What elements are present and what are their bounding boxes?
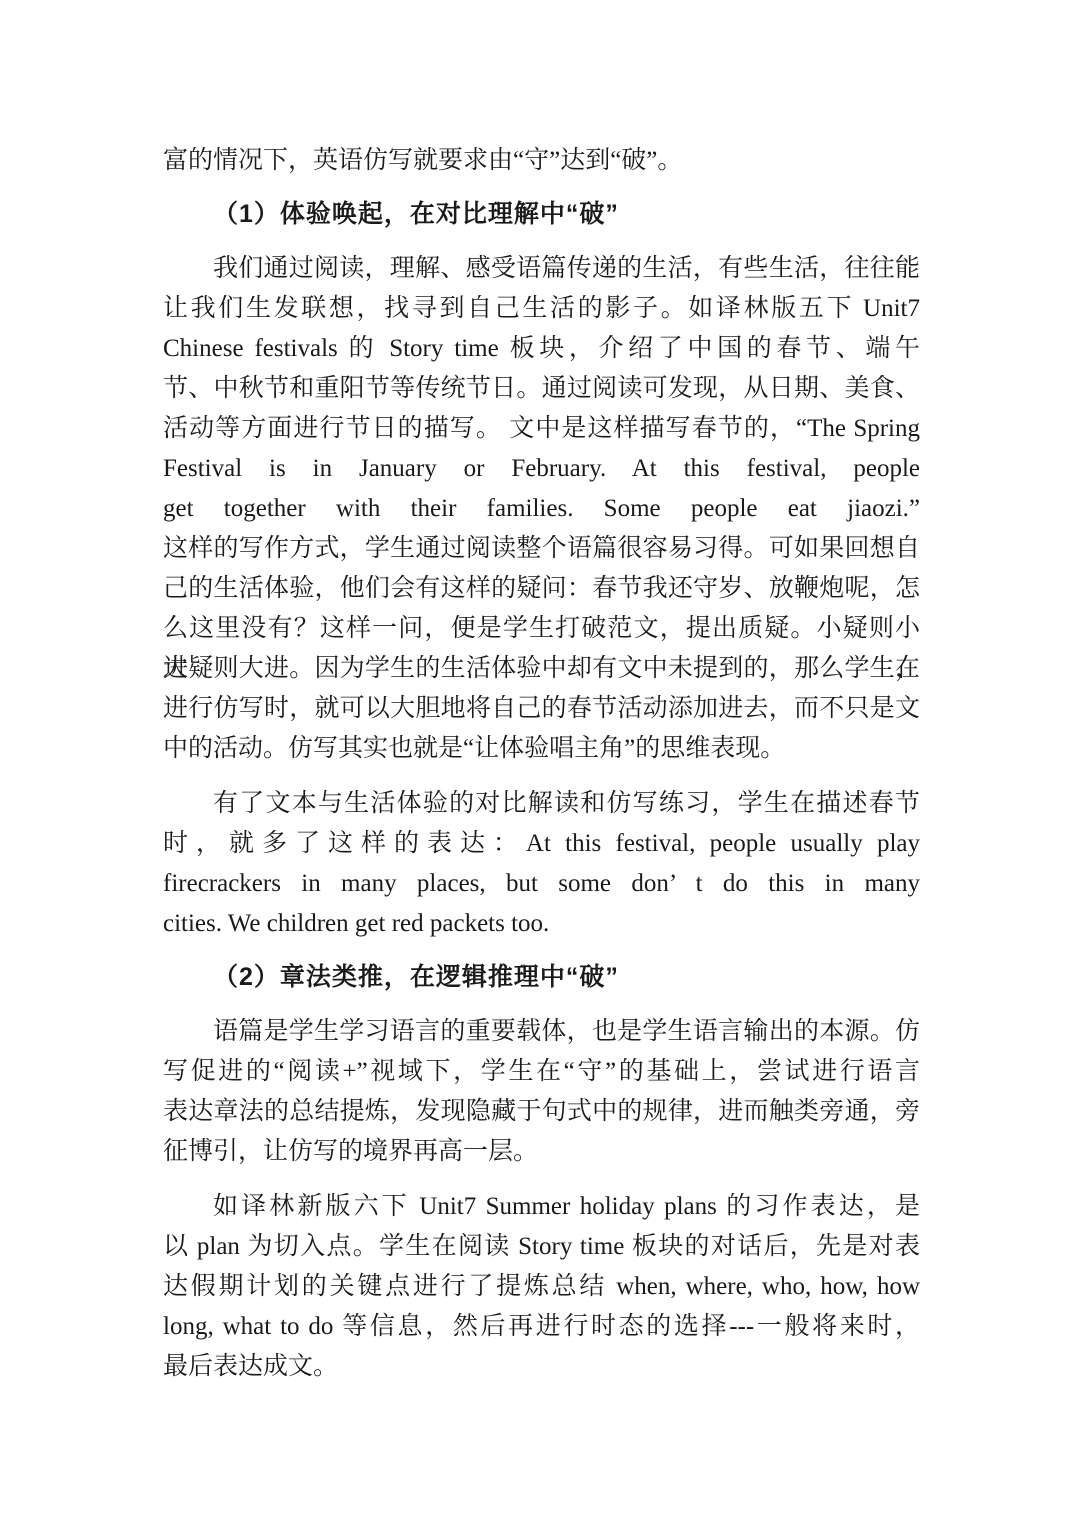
text-line: 己的生活体验，他们会有这样的疑问：春节我还守岁、放鞭炮呢，怎 [163,569,920,609]
text-line: 进行仿写时，就可以大胆地将自己的春节活动添加进去，而不只是文 [163,689,920,729]
paragraph-4: 如译林新版六下 Unit7 Summer holiday plans 的习作表达… [163,1187,920,1387]
paragraph-3: 语篇是学生学习语言的重要载体，也是学生语言输出的本源。仿写促进的“阅读+”视域下… [163,1012,920,1172]
text-line: 如译林新版六下 Unit7 Summer holiday plans 的习作表达… [163,1187,920,1227]
text-line: 中的活动。仿写其实也就是“让体验唱主角”的思维表现。 [163,729,920,769]
text-line: long, what to do 等信息，然后再进行时态的选择---一般将来时， [163,1307,920,1347]
paragraph-2: 有了文本与生活体验的对比解读和仿写练习，学生在描述春节时，就多了这样的表达：At… [163,784,920,944]
section-heading-2: （2）章法类推，在逻辑推理中“破” [163,957,920,997]
section-heading-1: （1）体验唤起，在对比理解中“破” [163,194,920,234]
text-line: firecrackers in many places, but some do… [163,864,920,904]
text-line: 以 plan 为切入点。学生在阅读 Story time 板块的对话后，先是对表 [163,1227,920,1267]
text-line: get together with their families. Some p… [163,489,920,529]
text-line: 么这里没有？这样一问，便是学生打破范文，提出质疑。小疑则小进， [163,609,920,649]
text-line: 让我们生发联想，找寻到自己生活的影子。如译林版五下 Unit7 [163,289,920,329]
text-line: 语篇是学生学习语言的重要载体，也是学生语言输出的本源。仿 [163,1012,920,1052]
text-line: 大疑则大进。因为学生的生活体验中却有文中未提到的，那么学生在 [163,649,920,689]
document-page: 富的情况下，英语仿写就要求由“守”达到“破”。（1）体验唤起，在对比理解中“破”… [0,0,1080,1527]
text-line: 达假期计划的关键点进行了提炼总结 when, where, who, how, … [163,1267,920,1307]
text-line: Chinese festivals 的 Story time 板块，介绍了中国的… [163,329,920,369]
text-line: 我们通过阅读，理解、感受语篇传递的生活，有些生活，往往能 [163,249,920,289]
continuation-line: 富的情况下，英语仿写就要求由“守”达到“破”。 [163,141,920,181]
text-line: 时，就多了这样的表达：At this festival, people usua… [163,824,920,864]
text-line: cities. We children get red packets too. [163,904,920,944]
text-line: 有了文本与生活体验的对比解读和仿写练习，学生在描述春节 [163,784,920,824]
text-line: 最后表达成文。 [163,1347,920,1387]
text-line: Festival is in January or February. At t… [163,449,920,489]
text-line: 节、中秋节和重阳节等传统节日。通过阅读可发现，从日期、美食、 [163,369,920,409]
paragraph-1: 我们通过阅读，理解、感受语篇传递的生活，有些生活，往往能让我们生发联想，找寻到自… [163,249,920,769]
text-line: 活动等方面进行节日的描写。 文中是这样描写春节的，“The Spring [163,409,920,449]
text-line: 表达章法的总结提炼，发现隐藏于句式中的规律，进而触类旁通，旁 [163,1092,920,1132]
text-line: 写促进的“阅读+”视域下，学生在“守”的基础上，尝试进行语言 [163,1052,920,1092]
text-line: 这样的写作方式，学生通过阅读整个语篇很容易习得。可如果回想自 [163,529,920,569]
document-content: 富的情况下，英语仿写就要求由“守”达到“破”。（1）体验唤起，在对比理解中“破”… [163,141,920,1387]
text-line: 征博引，让仿写的境界再高一层。 [163,1132,920,1172]
